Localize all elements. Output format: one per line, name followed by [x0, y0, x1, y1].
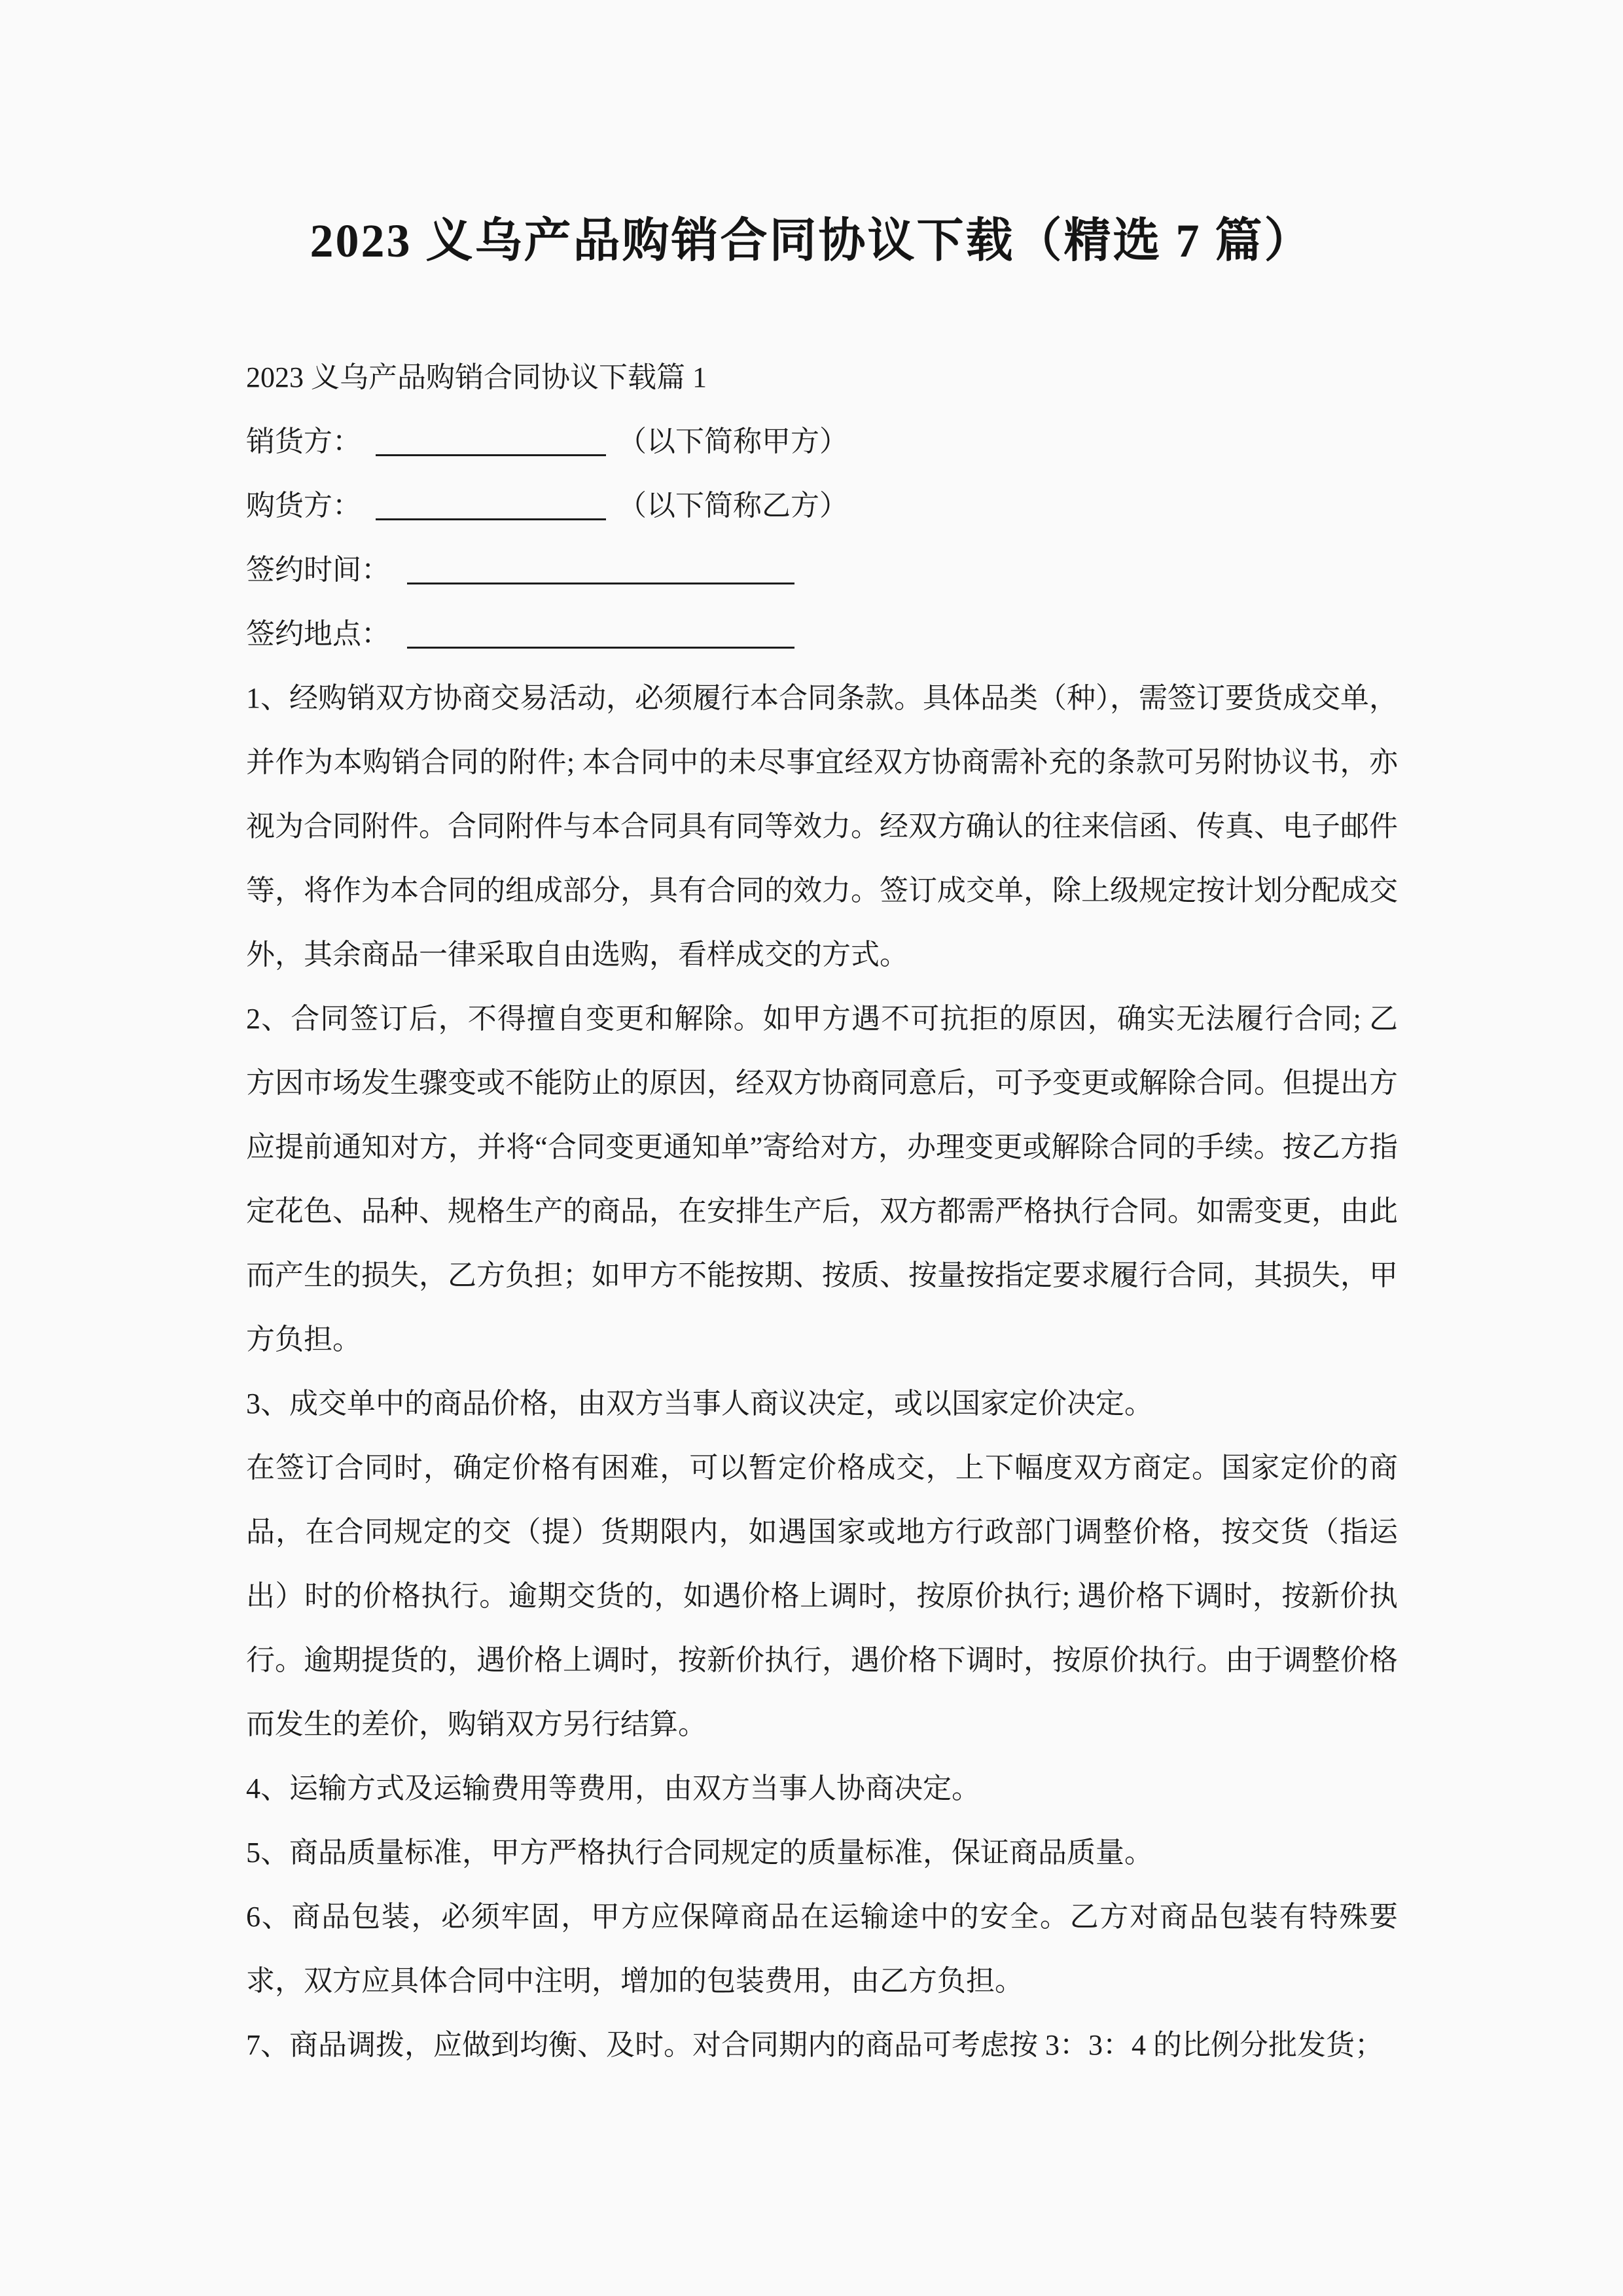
buyer-label: 购货方： [246, 490, 361, 522]
form-line-sign-time: 签约时间： [246, 538, 1398, 602]
form-line-seller: 销货方：（以下简称甲方） [246, 410, 1398, 474]
clause-paragraph-1: 1、经购销双方协商交易活动，必须履行本合同条款。具体品类（种），需签订要货成交单… [246, 666, 1398, 987]
clause-paragraph-7: 7、商品调拨，应做到均衡、及时。对合同期内的商品可考虑按 3：3：4 的比例分批… [246, 2013, 1398, 2077]
seller-blank-field [376, 420, 606, 456]
document-page: 2023 义乌产品购销合同协议下载（精选 7 篇） 2023 义乌产品购销合同协… [0, 0, 1623, 2296]
sign-time-blank-field [407, 548, 794, 584]
sign-place-blank-field [407, 613, 794, 649]
section-heading: 2023 义乌产品购销合同协议下载篇 1 [246, 346, 1398, 410]
sign-place-label: 签约地点： [246, 618, 390, 650]
clause-paragraph-3-continued: 在签订合同时，确定价格有困难，可以暂定价格成交，上下幅度双方商定。国家定价的商品… [246, 1436, 1398, 1757]
document-title: 2023 义乌产品购销合同协议下载（精选 7 篇） [0, 0, 1623, 274]
sign-time-label: 签约时间： [246, 554, 390, 586]
clause-paragraph-4: 4、运输方式及运输费用等费用，由双方当事人协商决定。 [246, 1757, 1398, 1821]
clause-paragraph-6: 6、商品包装，必须牢固，甲方应保障商品在运输途中的安全。乙方对商品包装有特殊要求… [246, 1885, 1398, 2013]
seller-label: 销货方： [246, 425, 361, 457]
clause-paragraph-3: 3、成交单中的商品价格，由双方当事人商议决定，或以国家定价决定。 [246, 1372, 1398, 1436]
buyer-blank-field [376, 484, 606, 520]
document-body: 2023 义乌产品购销合同协议下载篇 1 销货方：（以下简称甲方） 购货方：（以… [246, 346, 1398, 2077]
seller-suffix: （以下简称甲方） [618, 425, 848, 457]
form-line-buyer: 购货方：（以下简称乙方） [246, 474, 1398, 538]
form-line-sign-place: 签约地点： [246, 602, 1398, 666]
buyer-suffix: （以下简称乙方） [618, 490, 848, 522]
clause-paragraph-2: 2、合同签订后，不得擅自变更和解除。如甲方遇不可抗拒的原因，确实无法履行合同; … [246, 987, 1398, 1372]
clause-paragraph-5: 5、商品质量标准，甲方严格执行合同规定的质量标准，保证商品质量。 [246, 1821, 1398, 1885]
